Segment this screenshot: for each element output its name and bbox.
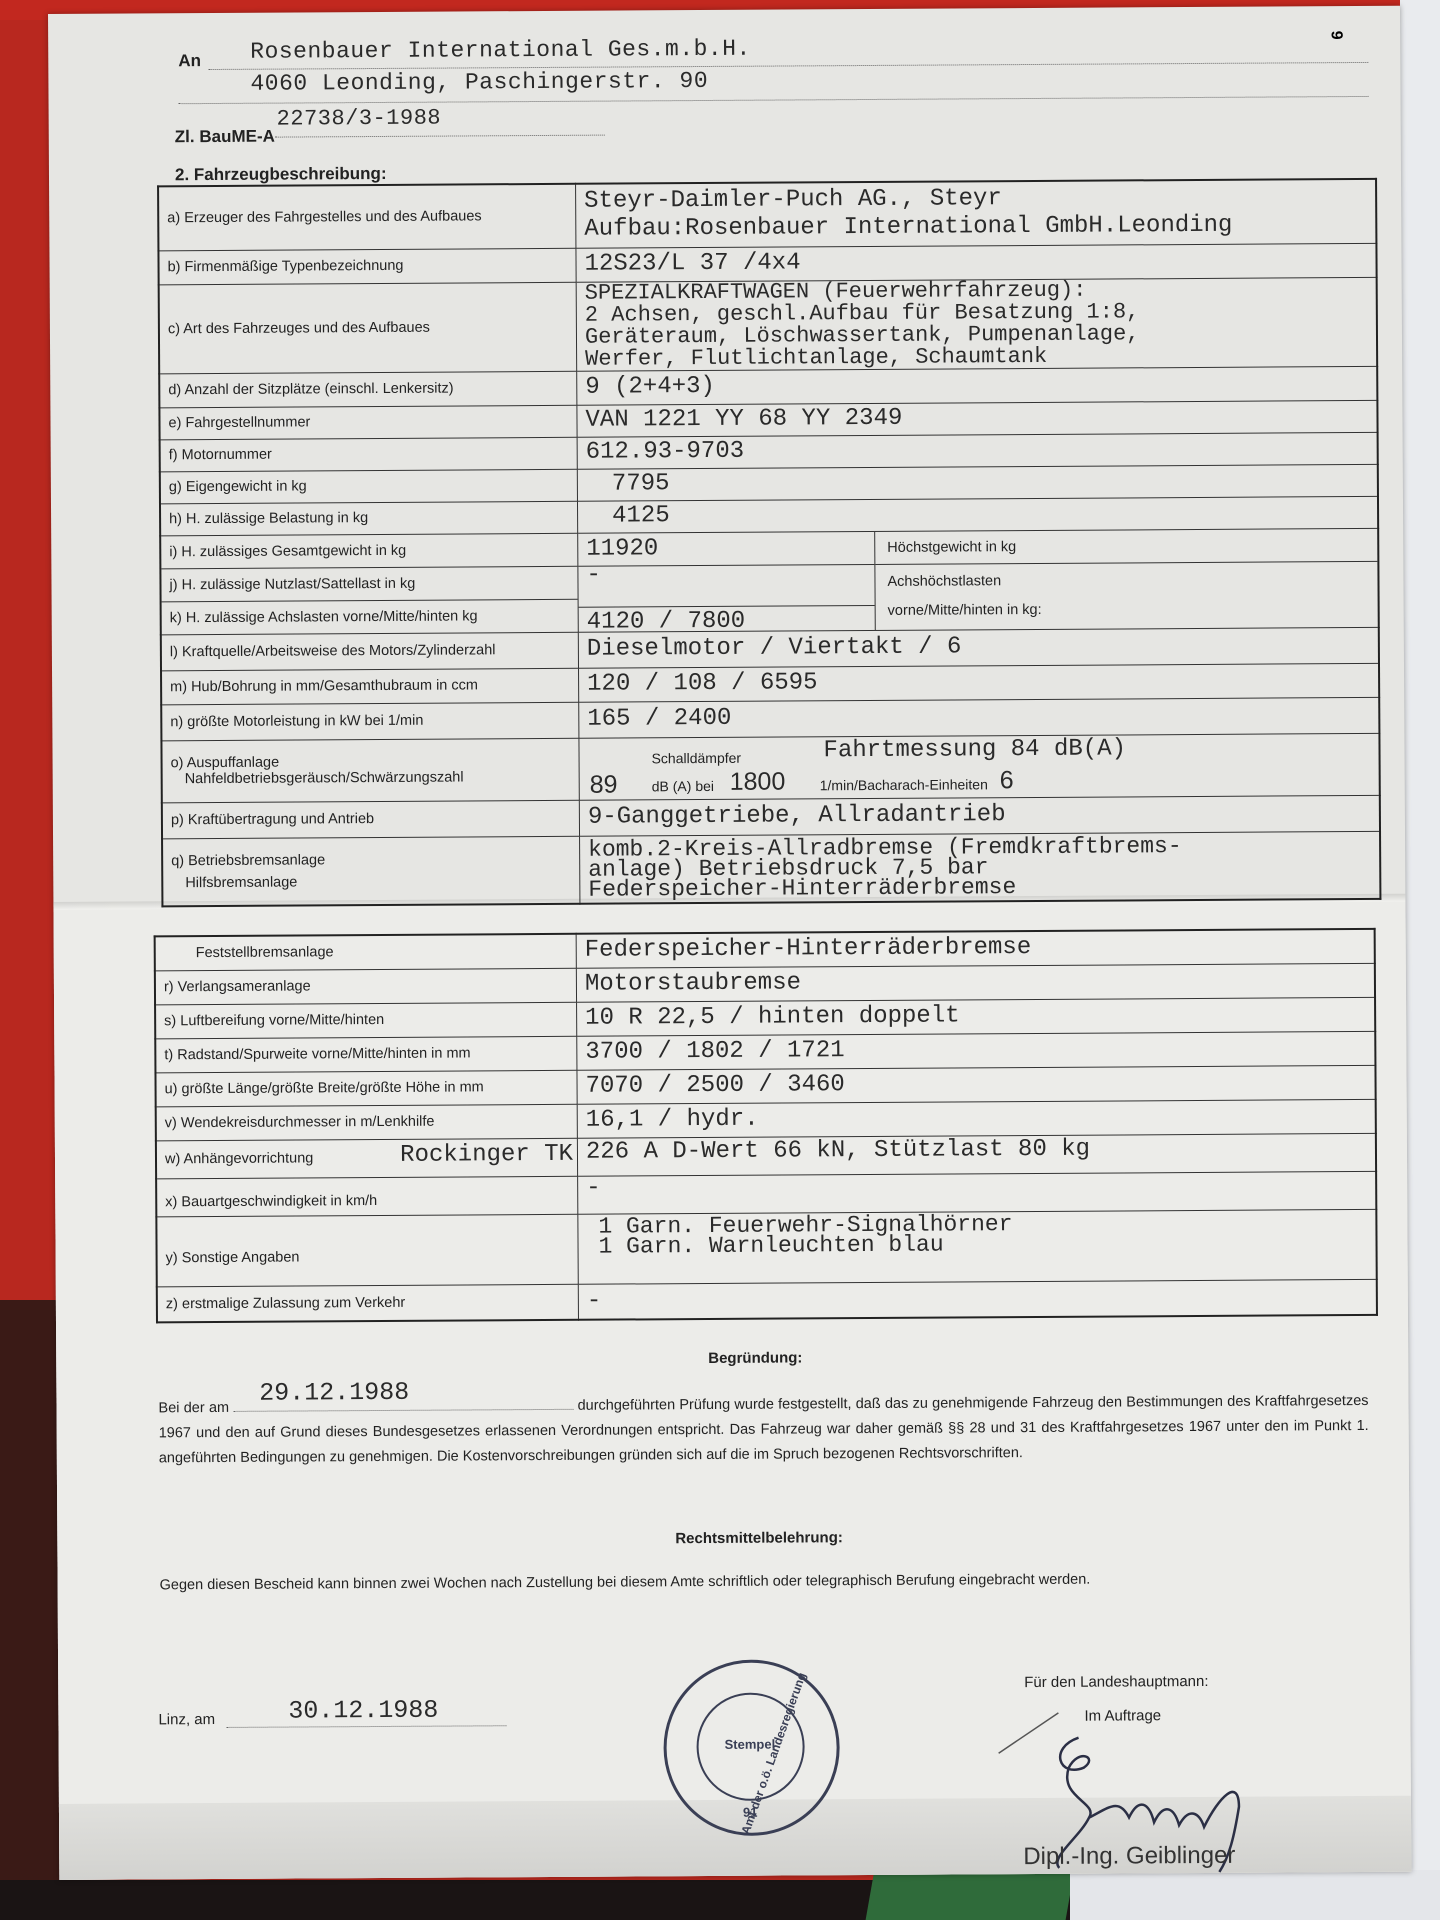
bacharach-value: 6 bbox=[1000, 766, 1014, 795]
section-title: 2. Fahrzeugbeschreibung: bbox=[175, 164, 387, 185]
net-load-value: - bbox=[578, 564, 874, 607]
to-label: An bbox=[178, 51, 201, 71]
row-label: t) Radstand/Spurweite vorne/Mitte/hinten… bbox=[155, 1036, 577, 1073]
row-label: w) Anhängevorrichtung bbox=[165, 1150, 313, 1167]
max-axle-label: Achshöchstlasten bbox=[875, 561, 1377, 596]
axle-loads-value: 4120 / 7800 bbox=[579, 605, 875, 631]
gross-weight-value: 11920 bbox=[578, 531, 874, 566]
row-sub-label: Hilfsbremsanlage bbox=[171, 873, 571, 891]
recipient-name: Rosenbauer International Ges.m.b.H. bbox=[250, 36, 751, 65]
row-label: x) Bauartgeschwindigkeit in km/h bbox=[156, 1176, 578, 1217]
type-designation-value: 12S23/L 37 /4x4 bbox=[576, 243, 1377, 282]
recipient-address: 4060 Leonding, Paschingerstr. 90 bbox=[250, 68, 708, 97]
background-dark bbox=[0, 1300, 60, 1920]
vehicle-description-table: a) Erzeuger des Fahrgestelles und des Au… bbox=[157, 178, 1381, 907]
row-label: r) Verlangsameranlage bbox=[155, 968, 577, 1005]
max-axle-sub-label: vorne/Mitte/hinten in kg: bbox=[876, 593, 1378, 628]
first-registration-value: - bbox=[578, 1279, 1377, 1320]
max-speed-value: - bbox=[578, 1171, 1377, 1214]
parking-brake-value: Federspeicher-Hinterräderbremse bbox=[576, 929, 1375, 968]
table-row: i) H. zulässiges Gesamtgewicht in kg j) … bbox=[160, 528, 1379, 634]
reference-line bbox=[275, 135, 605, 138]
value-line: Aufbau:Rosenbauer International GmbH.Leo… bbox=[584, 213, 1367, 242]
brakes-label: q) Betriebsbremsanlage Hilfsbremsanlage bbox=[162, 836, 580, 907]
reasoning-text-line1: durchgeführten Prüfung wurde festgestell… bbox=[578, 1394, 1224, 1414]
row-label: q) Betriebsbremsanlage bbox=[171, 851, 571, 869]
row-label: Feststellbremsanlage bbox=[155, 934, 577, 971]
page-number: 9 bbox=[1327, 31, 1345, 40]
value-line: Steyr-Daimler-Puch AG., Steyr bbox=[584, 185, 1367, 214]
muffler-label: Schalldämpfer bbox=[652, 749, 742, 766]
exhaust-value: Fahrtmessung 84 dB(A) Schalldämpfer 89 d… bbox=[579, 733, 1380, 800]
row-label: a) Erzeuger des Fahrgestelles und des Au… bbox=[158, 184, 576, 251]
document-sheet: 9 An Rosenbauer International Ges.m.b.H.… bbox=[48, 6, 1411, 1880]
brakes-value: komb.2-Kreis-Allradbremse (Fremdkraftbre… bbox=[580, 831, 1381, 904]
hitch-label-cell: w) Anhängevorrichtung Rockinger TK bbox=[156, 1138, 578, 1179]
row-label: d) Anzahl der Sitzplätze (einschl. Lenke… bbox=[159, 371, 577, 408]
payload-value: 4125 bbox=[577, 496, 1378, 533]
table-row: q) Betriebsbremsanlage Hilfsbremsanlage … bbox=[162, 831, 1380, 906]
for-governor-label: Für den Landeshauptmann: bbox=[1024, 1673, 1208, 1691]
turning-circle-value: 16,1 / hydr. bbox=[577, 1099, 1376, 1138]
value-line: Federspeicher-Hinterräderbremse bbox=[588, 875, 1371, 900]
row-label: s) Luftbereifung vorne/Mitte/hinten bbox=[155, 1002, 577, 1039]
row-label: l) Kraftquelle/Arbeitsweise des Motors/Z… bbox=[161, 632, 579, 671]
retarder-value: Motorstaubremse bbox=[576, 963, 1375, 1002]
row-label: f) Motornummer bbox=[160, 437, 578, 472]
table-row: a) Erzeuger des Fahrgestelles und des Au… bbox=[158, 179, 1376, 250]
weights-value-column: 11920 - 4120 / 7800 bbox=[578, 531, 876, 631]
row-label: u) größte Länge/größte Breite/größte Höh… bbox=[155, 1070, 577, 1107]
vehicle-description-table-continued: Feststellbremsanlage Federspeicher-Hinte… bbox=[154, 928, 1378, 1323]
table-row: y) Sonstige Angaben 1 Garn. Feuerwehr-Si… bbox=[156, 1209, 1376, 1286]
row-label: k) H. zulässige Achslasten vorne/Mitte/h… bbox=[162, 599, 578, 634]
tires-value: 10 R 22,5 / hinten doppelt bbox=[577, 997, 1376, 1036]
reasoning-paragraph: Bei der am 29.12.1988 durchgeführten Prü… bbox=[158, 1386, 1368, 1471]
dimensions-value: 7070 / 2500 / 3460 bbox=[577, 1065, 1376, 1104]
hitch-value-left: Rockinger TK bbox=[400, 1140, 573, 1168]
chassis-number-value: VAN 1221 YY 68 YY 2349 bbox=[577, 400, 1378, 437]
table-row: c) Art des Fahrzeuges und des Aufbaues S… bbox=[159, 277, 1378, 373]
reference-label: Zl. BauME-A bbox=[175, 127, 275, 148]
weights-values: 11920 - 4120 / 7800 Höchstgewicht in kg … bbox=[578, 528, 1379, 632]
stamp-center-text: Stempel bbox=[725, 1737, 776, 1752]
max-weights-column: Höchstgewicht in kg Achshöchstlasten vor… bbox=[875, 528, 1378, 629]
seats-value: 9 (2+4+3) bbox=[577, 366, 1378, 405]
rpm-unit-label: 1/min/Bacharach-Einheiten bbox=[820, 776, 988, 793]
official-stamp: Amt der o.ö. Landesregierung Stempel 91 bbox=[663, 1659, 840, 1836]
background-paper-bottom bbox=[1070, 1870, 1440, 1920]
signer-name: Dipl.-Ing. Geiblinger bbox=[1023, 1842, 1235, 1871]
row-label: p) Kraftübertragung und Antrieb bbox=[162, 800, 580, 839]
table-row: z) erstmalige Zulassung zum Verkehr - bbox=[157, 1279, 1377, 1322]
row-label: n) größte Motorleistung in kW bei 1/min bbox=[161, 702, 579, 741]
displacement-value: 120 / 108 / 6595 bbox=[579, 663, 1380, 702]
exhaust-label: o) Auspuffanlage Nahfeldbetriebsgeräusch… bbox=[161, 738, 579, 803]
reasoning-prefix: Bei der am bbox=[158, 1400, 229, 1416]
noise-db-value: 89 bbox=[590, 770, 618, 799]
issue-date-value: 30.12.1988 bbox=[288, 1696, 438, 1726]
row-label: e) Fahrgestellnummer bbox=[159, 405, 577, 440]
transmission-value: 9-Ganggetriebe, Allradantrieb bbox=[579, 795, 1380, 836]
row-label: g) Eigengewicht in kg bbox=[160, 469, 578, 504]
row-label: c) Art des Fahrzeuges und des Aufbaues bbox=[159, 282, 577, 374]
weights-labels: i) H. zulässiges Gesamtgewicht in kg j) … bbox=[160, 533, 578, 635]
row-label: h) H. zulässige Belastung in kg bbox=[160, 501, 578, 536]
row-label: j) H. zulässige Nutzlast/Sattellast in k… bbox=[161, 566, 577, 602]
manufacturer-value: Steyr-Daimler-Puch AG., SteyrAufbau:Rose… bbox=[576, 179, 1377, 248]
vehicle-type-value: SPEZIALKRAFTWAGEN (Feuerwehrfahrzeug): 2… bbox=[576, 277, 1377, 371]
row-sub-label: Nahfeldbetriebsgeräusch/Schwärzungszahl bbox=[171, 769, 571, 787]
appeal-title: Rechtsmittelbelehrung: bbox=[675, 1529, 843, 1547]
row-label: m) Hub/Bohrung in mm/Gesamthubraum in cc… bbox=[161, 668, 579, 705]
max-weight-label: Höchstgewicht in kg bbox=[875, 528, 1377, 564]
other-info-value: 1 Garn. Feuerwehr-Signalhörner 1 Garn. W… bbox=[578, 1209, 1377, 1284]
inspection-date-value: 29.12.1988 bbox=[259, 1380, 409, 1406]
drive-measurement-value: Fahrtmessung 84 dB(A) bbox=[823, 735, 1126, 764]
curb-weight-value: 7795 bbox=[577, 464, 1378, 501]
engine-power-value: 165 / 2400 bbox=[579, 697, 1380, 738]
row-label: v) Wendekreisdurchmesser in m/Lenkhilfe bbox=[156, 1104, 578, 1141]
hitch-value-right: 226 A D-Wert 66 kN, Stützlast 80 kg bbox=[577, 1133, 1376, 1176]
reference-value: 22738/3-1988 bbox=[277, 106, 442, 132]
row-label: i) H. zulässiges Gesamtgewicht in kg bbox=[161, 533, 577, 569]
reasoning-title: Begründung: bbox=[708, 1349, 802, 1367]
stamp-bottom-text: 91 bbox=[743, 1805, 758, 1820]
row-label: y) Sonstige Angaben bbox=[156, 1214, 578, 1287]
recipient-line-2 bbox=[179, 96, 1369, 104]
db-unit-label: dB (A) bei bbox=[652, 777, 714, 793]
row-label: z) erstmalige Zulassung zum Verkehr bbox=[157, 1284, 579, 1323]
place-label: Linz, am bbox=[158, 1711, 215, 1728]
inspection-date-field: 29.12.1988 bbox=[233, 1391, 573, 1412]
wheelbase-value: 3700 / 1802 / 1721 bbox=[577, 1031, 1376, 1070]
engine-number-value: 612.93-9703 bbox=[577, 432, 1378, 469]
row-label: b) Firmenmäßige Typenbezeichnung bbox=[158, 248, 576, 285]
rpm-value: 1800 bbox=[730, 767, 786, 796]
table-row: o) Auspuffanlage Nahfeldbetriebsgeräusch… bbox=[161, 733, 1379, 802]
